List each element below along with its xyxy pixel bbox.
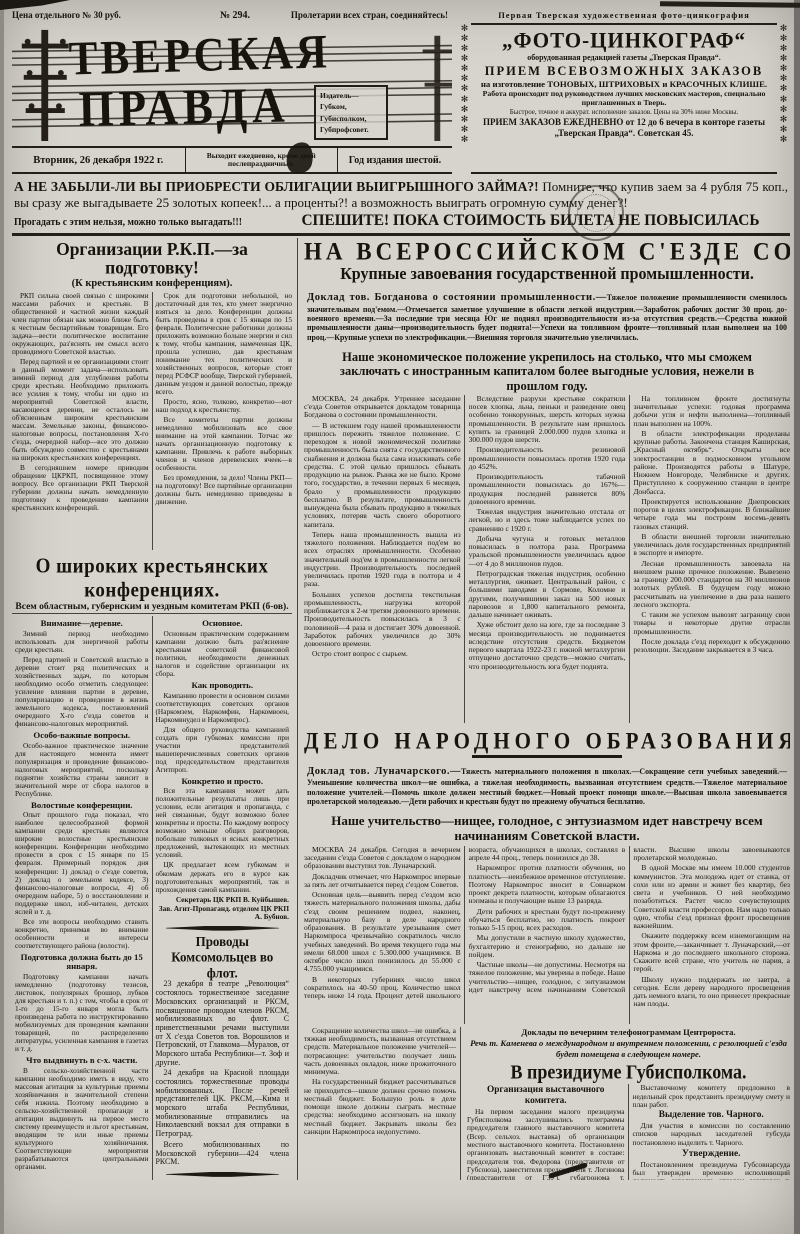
section-heading: Что выдвинуть в с-х. части. bbox=[15, 1056, 149, 1066]
torn-edge-icon bbox=[0, 0, 70, 10]
article-navy-body: 23 декабря в театре „Революция“ состояло… bbox=[156, 980, 290, 1166]
paragraph: На первом заседании малого президиума Гу… bbox=[467, 1108, 625, 1181]
flower-border-icon: ✻✻✻✻✻✻✻✻✻✻✻✻ bbox=[777, 23, 790, 174]
paragraph: Мы допустили в частную школу художество,… bbox=[469, 934, 626, 959]
paragraph: Докладчик отмечает, что Наркомпрос вперв… bbox=[304, 873, 461, 890]
education-lead-label: Доклад тов. Луначарского.— bbox=[307, 766, 461, 777]
date-label: Вторник, 26 декабря 1922 г. bbox=[12, 148, 185, 172]
paragraph: На топливном фронте достигнуты значитель… bbox=[633, 395, 790, 428]
paragraph: РКП сильна своей связью с широкими масса… bbox=[12, 292, 149, 356]
paragraph: Основная цель—выявить перед с'ездом всю … bbox=[304, 891, 461, 974]
gubispolkom-area: Доклады по вечерним телефонограммам Цент… bbox=[461, 1027, 790, 1180]
paragraph: Сокращение количества школ—не ошибка, а … bbox=[304, 1027, 456, 1077]
paragraph: Петроградская тяжелая индустрия, особенн… bbox=[469, 570, 626, 620]
headline-rkp: Организации Р.К.П.—за подготовку! bbox=[12, 239, 292, 278]
article-education-body: МОСКВА 24 декабря. Сегодня в вечернем за… bbox=[304, 846, 790, 1024]
right-column: НА ВСЕРОССИЙСКОМ С'ЕЗДЕ СОВЕТОВ Крупные … bbox=[298, 238, 790, 1180]
section-heading: Как проводить. bbox=[156, 681, 290, 691]
publisher-line: Губпрофсовет. bbox=[320, 124, 382, 135]
education-lead: Доклад тов. Луначарского.—Тяжесть матери… bbox=[304, 766, 790, 806]
dateline-strip: Вторник, 26 декабря 1922 г. Выходит ежед… bbox=[12, 146, 452, 174]
ad-hours-line: ПРИЕМ ЗАКАЗОВ ЕЖЕДНЕВНО от 12 до 6 вечер… bbox=[474, 117, 774, 139]
section-heading: Организация выставочного комитета. bbox=[467, 1085, 625, 1106]
loan-urge-small: Прогадать с этим нельзя, можно только вы… bbox=[14, 216, 242, 228]
paragraph: Школу нужно поддержать не завтра, а сего… bbox=[633, 976, 790, 1009]
ad-title: „ФОТО-ЦИНКОГРАФ“ bbox=[474, 27, 774, 53]
paragraph: В сегодняшнем номере приводим обращение … bbox=[12, 464, 149, 512]
paragraph: Вследствие разрухи крестьяне сократили п… bbox=[469, 395, 626, 445]
article-gubispolkom-body: Организация выставочного комитета. На пе… bbox=[467, 1084, 790, 1180]
flower-border-icon: ✻✻✻✻✻✻✻✻✻✻✻✻ bbox=[458, 23, 471, 174]
ad-orders-line: ПРИЕМ ВСЕВОЗМОЖНЫХ ЗАКАЗОВ bbox=[474, 64, 774, 79]
education-statement: Наше учительство—нищее, голодное, с энту… bbox=[314, 814, 780, 844]
masthead: Цена отдельного № 30 руб. № 294. Пролета… bbox=[12, 10, 790, 174]
publisher-line: Губисполком, bbox=[320, 113, 382, 124]
congress-lead-label: Доклад тов. Богданова о состоянии промыш… bbox=[307, 292, 607, 303]
article-congress-body: МОСКВА, 24 декабря. Утреннее заседание с… bbox=[304, 395, 790, 723]
paragraph: Наркомпрос против платности обучения, но… bbox=[469, 864, 626, 905]
telegrams-note-line2: Речь т. Каменева о международном и внутр… bbox=[467, 1038, 790, 1060]
ad-masters-line: Работа происходит под руководством лучши… bbox=[474, 89, 774, 108]
postal-stamp-icon bbox=[568, 185, 624, 241]
edition-year-label: Год издания шестой. bbox=[337, 148, 452, 172]
headline-underline bbox=[472, 755, 622, 758]
paragraph: Основным практическим содержанием кампан… bbox=[156, 630, 290, 678]
section-divider bbox=[166, 1172, 280, 1177]
paragraph: Особо-важное практическое значение для н… bbox=[15, 742, 149, 798]
paragraph: Хуже обстоит дело на юге, где за последн… bbox=[469, 621, 626, 671]
article-rkp-body: РКП сильна своей связью с широкими масса… bbox=[12, 292, 292, 550]
torn-edge-icon bbox=[660, 1, 800, 7]
masthead-artwork: ТВЕРСКАЯ ПРАВДА Издатель— Губком, Губисп… bbox=[12, 26, 452, 144]
subhead-congress: Крупные завоевания государственной промы… bbox=[304, 266, 790, 285]
section-heading: Утверждение. bbox=[633, 1149, 791, 1160]
proletarians-slogan: Пролетарии всех стран, соединяйтесь! bbox=[290, 10, 452, 20]
paragraph: Срок для подготовки небольшой, но достат… bbox=[156, 292, 293, 396]
publisher-line: Издатель— bbox=[320, 90, 382, 101]
scan-edge-right bbox=[794, 0, 800, 1234]
paragraph: Тяжелая индустрия значительно отстала от… bbox=[469, 508, 626, 533]
signature: Зав. Агит-Пропаганд. отделом ЦК РКП А. Б… bbox=[156, 905, 290, 921]
paragraph: Перед партией и ее организациями стоит в… bbox=[12, 358, 149, 462]
congress-lead: Доклад тов. Богданова о состоянии промыш… bbox=[304, 292, 790, 342]
conferences-subcolumn-2: Основное. Основным практическим содержан… bbox=[152, 616, 293, 1180]
paragraph: 24 декабря на Красной площади состоялись… bbox=[156, 1069, 290, 1139]
loan-banner-lead: А НЕ ЗАБЫЛИ-ЛИ ВЫ ПРИОБРЕСТИ ОБЛИГАЦИИ В… bbox=[14, 179, 539, 194]
paragraph: Просто, ясно, толково, конкретно—вот наш… bbox=[156, 398, 293, 414]
paragraph: Все эти вопросы необходимо ставить конкр… bbox=[15, 918, 149, 950]
section-heading: Особо-важные вопросы. bbox=[15, 731, 149, 741]
headline-conferences: О широких крестьянских конференциях. bbox=[12, 555, 292, 603]
price-label: Цена отдельного № 30 руб. bbox=[12, 10, 180, 20]
paragraph: Зимний период необходимо использовать дл… bbox=[15, 630, 149, 654]
section-heading: Внимание—деревне. bbox=[15, 619, 149, 629]
headline-education: ДЕЛО НАРОДНОГО ОБРАЗОВАНИЯ. bbox=[304, 728, 790, 755]
paragraph: На государственный бюджет рассчитываться… bbox=[304, 1078, 456, 1136]
ad-cliche-line: на изготовление ТОНОВЫХ, ШТРИХОВЫХ и КРА… bbox=[474, 79, 774, 90]
subhead-conferences: Всем областным, губернским и уездным ком… bbox=[12, 602, 292, 614]
photozincograph-ad: Первая Тверская художественная фото-цинк… bbox=[452, 10, 790, 174]
loan-banner-text: А НЕ ЗАБЫЛИ-ЛИ ВЫ ПРИОБРЕСТИ ОБЛИГАЦИИ В… bbox=[14, 179, 788, 211]
left-column: Организации Р.К.П.—за подготовку! (К кре… bbox=[12, 238, 298, 1180]
paragraph: Все комитеты партии должны немедленно мо… bbox=[156, 416, 293, 472]
paragraph: В области внешней торговли значительно у… bbox=[633, 533, 790, 558]
newspaper-page: Цена отдельного № 30 руб. № 294. Пролета… bbox=[0, 0, 800, 1234]
paragraph: Кампанию провести в основном силами соот… bbox=[156, 692, 290, 724]
headline-congress: НА ВСЕРОССИЙСКОМ С'ЕЗДЕ СОВЕТОВ bbox=[304, 238, 790, 266]
paragraph: МОСКВА 24 декабря. Сегодня в вечернем за… bbox=[304, 846, 461, 871]
paragraph: Проектируется использование Днепровских … bbox=[633, 498, 790, 531]
subhead-rkp: (К крестьянским конференциям). bbox=[12, 278, 292, 289]
ad-tagline: Первая Тверская художественная фото-цинк… bbox=[458, 10, 790, 23]
article-conferences-body: Внимание—деревне. Зимний период необходи… bbox=[12, 616, 292, 1180]
paragraph: ЦК предлагает всем губкомам и обкомам де… bbox=[156, 861, 290, 893]
issue-number: № 294. bbox=[180, 10, 290, 21]
paragraph: Постановлением президиума Губсовнарсуда … bbox=[633, 1161, 791, 1181]
paragraph: Выставочному комитету предложено в недел… bbox=[633, 1084, 791, 1109]
paragraph: Лесная промышленность завоевала на внешн… bbox=[633, 560, 790, 610]
paragraph: Производительность табачной промышленнос… bbox=[469, 473, 626, 506]
headline-gubispolkom: В президиуме Губисполкома. bbox=[467, 1061, 790, 1084]
education-continuation-column: Сокращение количества школ—не ошибка, а … bbox=[304, 1027, 461, 1180]
ad-equipped-line: оборудованная редакцией газеты „Тверская… bbox=[474, 53, 774, 63]
newspaper-title-line2: ПРАВДА bbox=[78, 76, 290, 139]
paragraph: Окажите поддержку всем изнемогающим на э… bbox=[633, 932, 790, 973]
paragraph: После доклада с'езд переходит к обсужден… bbox=[633, 638, 790, 655]
loan-banner: А НЕ ЗАБЫЛИ-ЛИ ВЫ ПРИОБРЕСТИ ОБЛИГАЦИИ В… bbox=[12, 177, 790, 236]
paragraph: Опыт прошлого года показал, что наиболее… bbox=[15, 811, 149, 915]
paragraph: Производительность резиновой промышленно… bbox=[469, 446, 626, 471]
telegrams-note-line1: Доклады по вечерним телефонограммам Цент… bbox=[467, 1027, 790, 1038]
paragraph: В одной Москве мы имеем 10.000 студентов… bbox=[633, 864, 790, 930]
section-heading: Конкретно и просто. bbox=[156, 777, 290, 787]
paragraph: Теперь наша промышленность вышла из тяже… bbox=[304, 531, 461, 589]
paragraph: Остро стоит вопрос с сырьем. bbox=[304, 650, 461, 658]
paragraph: Подготовку кампании начать немедленно (п… bbox=[15, 973, 149, 1053]
congress-statement: Наше экономическое положение укрепилось … bbox=[314, 350, 780, 393]
publisher-line: Губком, bbox=[320, 101, 382, 112]
section-heading: Основное. bbox=[156, 619, 290, 629]
paragraph: — В истекшем году нашей промышленности п… bbox=[304, 422, 461, 529]
paragraph: 23 декабря в театре „Революция“ состояло… bbox=[156, 980, 290, 1067]
paragraph: Без промедления, за дело! Члены РКП—на п… bbox=[156, 474, 293, 506]
ad-speed-line: Быстрое, точное и аккурат. исполнение за… bbox=[474, 108, 774, 116]
section-divider bbox=[166, 926, 280, 931]
loan-urge-big: СПЕШИТЕ! ПОКА СТОИМОСТЬ БИЛЕТА НЕ ПОВЫСИ… bbox=[283, 212, 777, 230]
paragraph: В сельско-хозяйственной части кампании н… bbox=[15, 1067, 149, 1171]
schedule-label: Выходит ежедневно, кроме дней послепразд… bbox=[185, 148, 337, 172]
section-heading: Выделение тов. Чарного. bbox=[633, 1110, 791, 1121]
paragraph: Для общего руководства кампанией создать… bbox=[156, 726, 290, 774]
paragraph: Для участия в комиссии по составлению сп… bbox=[633, 1122, 791, 1147]
paragraph: Больших успехов достигла текстильная про… bbox=[304, 591, 461, 649]
paragraph: С таким же успехом вывозят заграницу сво… bbox=[633, 611, 790, 636]
scan-edge-left bbox=[0, 0, 4, 1234]
paragraph: Перед партией и Советской властью в дере… bbox=[15, 656, 149, 728]
paragraph: Дети рабочих и крестьян будут по-прежнем… bbox=[469, 908, 626, 933]
paragraph: Добыча чугуна и готовых металлов повысил… bbox=[469, 535, 626, 568]
headline-navy-sendoff: Проводы Комсомольцев во флот. bbox=[156, 934, 290, 980]
paragraph: В области электрофикации проделаны крупн… bbox=[633, 430, 790, 496]
paragraph: Всего мобилизованных по Московской губер… bbox=[156, 1141, 290, 1167]
section-heading: Подготовка должна быть до 15 января. bbox=[15, 953, 149, 972]
paragraph: Вся эта кампания может дать положительны… bbox=[156, 787, 290, 859]
publisher-box: Издатель— Губком, Губисполком, Губпрофсо… bbox=[314, 85, 388, 140]
signature: Секретарь ЦК РКП В. Куйбышев. bbox=[156, 896, 290, 904]
conferences-subcolumn-1: Внимание—деревне. Зимний период необходи… bbox=[12, 616, 152, 1180]
section-heading: Волостные конференции. bbox=[15, 801, 149, 811]
paragraph: МОСКВА, 24 декабря. Утреннее заседание с… bbox=[304, 395, 461, 420]
